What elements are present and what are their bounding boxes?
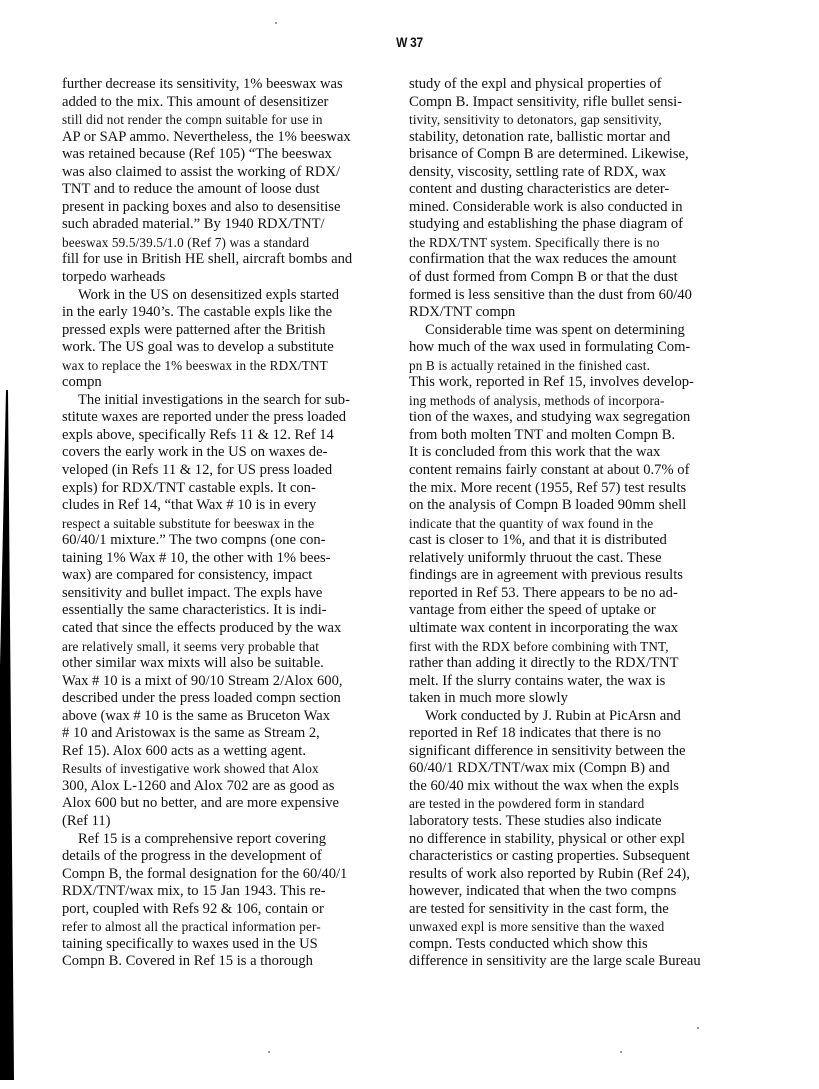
text-line: vantage from either the speed of uptake … [409, 602, 754, 620]
text-line: expls above, specifically Refs 11 & 12. … [62, 427, 407, 445]
right-column: study of the expl and physical propertie… [409, 76, 754, 971]
text-line: described under the press loaded compn s… [62, 690, 407, 708]
text-line: are tested for sensitivity in the cast f… [409, 901, 754, 919]
text-line: studying and establishing the phase diag… [409, 216, 754, 234]
text-line: cated that since the effects produced by… [62, 620, 407, 638]
text-line: wax) are compared for consistency, impac… [62, 567, 407, 585]
text-line: mined. Considerable work is also conduct… [409, 199, 754, 217]
text-line: torpedo warheads [62, 269, 407, 287]
text-line: # 10 and Aristowax is the same as Stream… [62, 725, 407, 743]
text-line: significant difference in sensitivity be… [409, 743, 754, 761]
text-line: pn B is actually retained in the finishe… [409, 357, 754, 375]
text-line: details of the progress in the developme… [62, 848, 407, 866]
text-line: The initial investigations in the search… [62, 392, 407, 410]
text-line: brisance of Compn B are determined. Like… [409, 146, 754, 164]
text-line: expls) for RDX/TNT castable expls. It co… [62, 480, 407, 498]
text-line: Compn B. Impact sensitivity, rifle bulle… [409, 94, 754, 112]
text-line: was also claimed to assist the working o… [62, 164, 407, 182]
text-line: reported in Ref 18 indicates that there … [409, 725, 754, 743]
text-line: however, indicated that when the two com… [409, 883, 754, 901]
text-line: Ref 15). Alox 600 acts as a wetting agen… [62, 743, 407, 761]
text-line: wax to replace the 1% beeswax in the RDX… [62, 357, 407, 375]
text-line: essentially the same characteristics. It… [62, 602, 407, 620]
text-line: characteristics or casting properties. S… [409, 848, 754, 866]
text-line: Results of investigative work showed tha… [62, 760, 407, 778]
text-line: It is concluded from this work that the … [409, 444, 754, 462]
page-header: W 37 [61, 34, 757, 50]
text-line: present in packing boxes and also to des… [62, 199, 407, 217]
scan-speck [275, 22, 277, 24]
text-line: Considerable time was spent on determini… [409, 322, 754, 340]
text-line: Compn B, the formal designation for the … [62, 866, 407, 884]
left-column: further decrease its sensitivity, 1% bee… [62, 76, 407, 971]
text-line: Alox 600 but no better, and are more exp… [62, 795, 407, 813]
text-line: compn [62, 374, 407, 392]
text-line: ultimate wax content in incorporating th… [409, 620, 754, 638]
text-line: cast is closer to 1%, and that it is dis… [409, 532, 754, 550]
text-line: reported in Ref 53. There appears to be … [409, 585, 754, 603]
text-line: Work conducted by J. Rubin at PicArsn an… [409, 708, 754, 726]
text-line: work. The US goal was to develop a subst… [62, 339, 407, 357]
text-line: difference in sensitivity are the large … [409, 953, 754, 971]
text-line: in the early 1940’s. The castable expls … [62, 304, 407, 322]
text-line: rather than adding it directly to the RD… [409, 655, 754, 673]
text-line: further decrease its sensitivity, 1% bee… [62, 76, 407, 94]
text-line: taining 1% Wax # 10, the other with 1% b… [62, 550, 407, 568]
text-line: indicate that the quantity of wax found … [409, 515, 754, 533]
text-line: formed is less sensitive than the dust f… [409, 287, 754, 305]
text-line: tion of the waxes, and studying wax segr… [409, 409, 754, 427]
scan-speck [268, 1051, 270, 1053]
text-line: content and dusting characteristics are … [409, 181, 754, 199]
text-line: fill for use in British HE shell, aircra… [62, 251, 407, 269]
text-line: taken in much more slowly [409, 690, 754, 708]
text-line: the 60/40 mix without the wax when the e… [409, 778, 754, 796]
text-line: confirmation that the wax reduces the am… [409, 251, 754, 269]
text-line: pressed expls were patterned after the B… [62, 322, 407, 340]
text-line: no difference in stability, physical or … [409, 831, 754, 849]
text-line: Compn B. Covered in Ref 15 is a thorough [62, 953, 407, 971]
text-line: content remains fairly constant at about… [409, 462, 754, 480]
text-line: above (wax # 10 is the same as Bruceton … [62, 708, 407, 726]
scan-binding-edge [0, 390, 14, 1080]
text-line: still did not render the compn suitable … [62, 111, 407, 129]
text-line: 60/40/1 mixture.” The two compns (one co… [62, 532, 407, 550]
text-line: compn. Tests conducted which show this [409, 936, 754, 954]
text-line: added to the mix. This amount of desensi… [62, 94, 407, 112]
text-line: are tested in the powdered form in stand… [409, 795, 754, 813]
text-line: AP or SAP ammo. Nevertheless, the 1% bee… [62, 129, 407, 147]
text-line: study of the expl and physical propertie… [409, 76, 754, 94]
text-line: Wax # 10 is a mixt of 90/10 Stream 2/Alo… [62, 673, 407, 691]
scan-speck [620, 1051, 622, 1053]
text-line: stability, detonation rate, ballistic mo… [409, 129, 754, 147]
text-line: refer to almost all the practical inform… [62, 918, 407, 936]
text-line: unwaxed expl is more sensitive than the … [409, 918, 754, 936]
text-line: taining specifically to waxes used in th… [62, 936, 407, 954]
text-line: (Ref 11) [62, 813, 407, 831]
text-line: TNT and to reduce the amount of loose du… [62, 181, 407, 199]
text-line: was retained because (Ref 105) “The bees… [62, 146, 407, 164]
text-line: RDX/TNT/wax mix, to 15 Jan 1943. This re… [62, 883, 407, 901]
text-line: such abraded material.” By 1940 RDX/TNT/ [62, 216, 407, 234]
text-line: This work, reported in Ref 15, involves … [409, 374, 754, 392]
scan-speck [697, 1027, 699, 1029]
text-line: sensitivity and bullet impact. The expls… [62, 585, 407, 603]
text-line: the RDX/TNT system. Specifically there i… [409, 234, 754, 252]
text-line: covers the early work in the US on waxes… [62, 444, 407, 462]
text-line: 300, Alox L-1260 and Alox 702 are as goo… [62, 778, 407, 796]
text-line: relatively uniformly thruout the cast. T… [409, 550, 754, 568]
text-line: RDX/TNT compn [409, 304, 754, 322]
text-line: tivity, sensitivity to detonators, gap s… [409, 111, 754, 129]
text-line: 60/40/1 RDX/TNT/wax mix (Compn B) and [409, 760, 754, 778]
text-line: are relatively small, it seems very prob… [62, 638, 407, 656]
text-line: veloped (in Refs 11 & 12, for US press l… [62, 462, 407, 480]
text-line: melt. If the slurry contains water, the … [409, 673, 754, 691]
text-line: ing methods of analysis, methods of inco… [409, 392, 754, 410]
text-line: of dust formed from Compn B or that the … [409, 269, 754, 287]
text-line: findings are in agreement with previous … [409, 567, 754, 585]
text-line: on the analysis of Compn B loaded 90mm s… [409, 497, 754, 515]
text-line: other similar wax mixts will also be sui… [62, 655, 407, 673]
text-line: port, coupled with Refs 92 & 106, contai… [62, 901, 407, 919]
text-line: laboratory tests. These studies also ind… [409, 813, 754, 831]
text-line: beeswax 59.5/39.5/1.0 (Ref 7) was a stan… [62, 234, 407, 252]
text-line: Work in the US on desensitized expls sta… [62, 287, 407, 305]
text-line: respect a suitable substitute for beeswa… [62, 515, 407, 533]
text-line: the mix. More recent (1955, Ref 57) test… [409, 480, 754, 498]
text-line: from both molten TNT and molten Compn B. [409, 427, 754, 445]
text-line: how much of the wax used in formulating … [409, 339, 754, 357]
text-line: density, viscosity, settling rate of RDX… [409, 164, 754, 182]
text-line: results of work also reported by Rubin (… [409, 866, 754, 884]
text-line: cludes in Ref 14, “that Wax # 10 is in e… [62, 497, 407, 515]
text-line: first with the RDX before combining with… [409, 638, 754, 656]
text-line: Ref 15 is a comprehensive report coverin… [62, 831, 407, 849]
text-line: stitute waxes are reported under the pre… [62, 409, 407, 427]
